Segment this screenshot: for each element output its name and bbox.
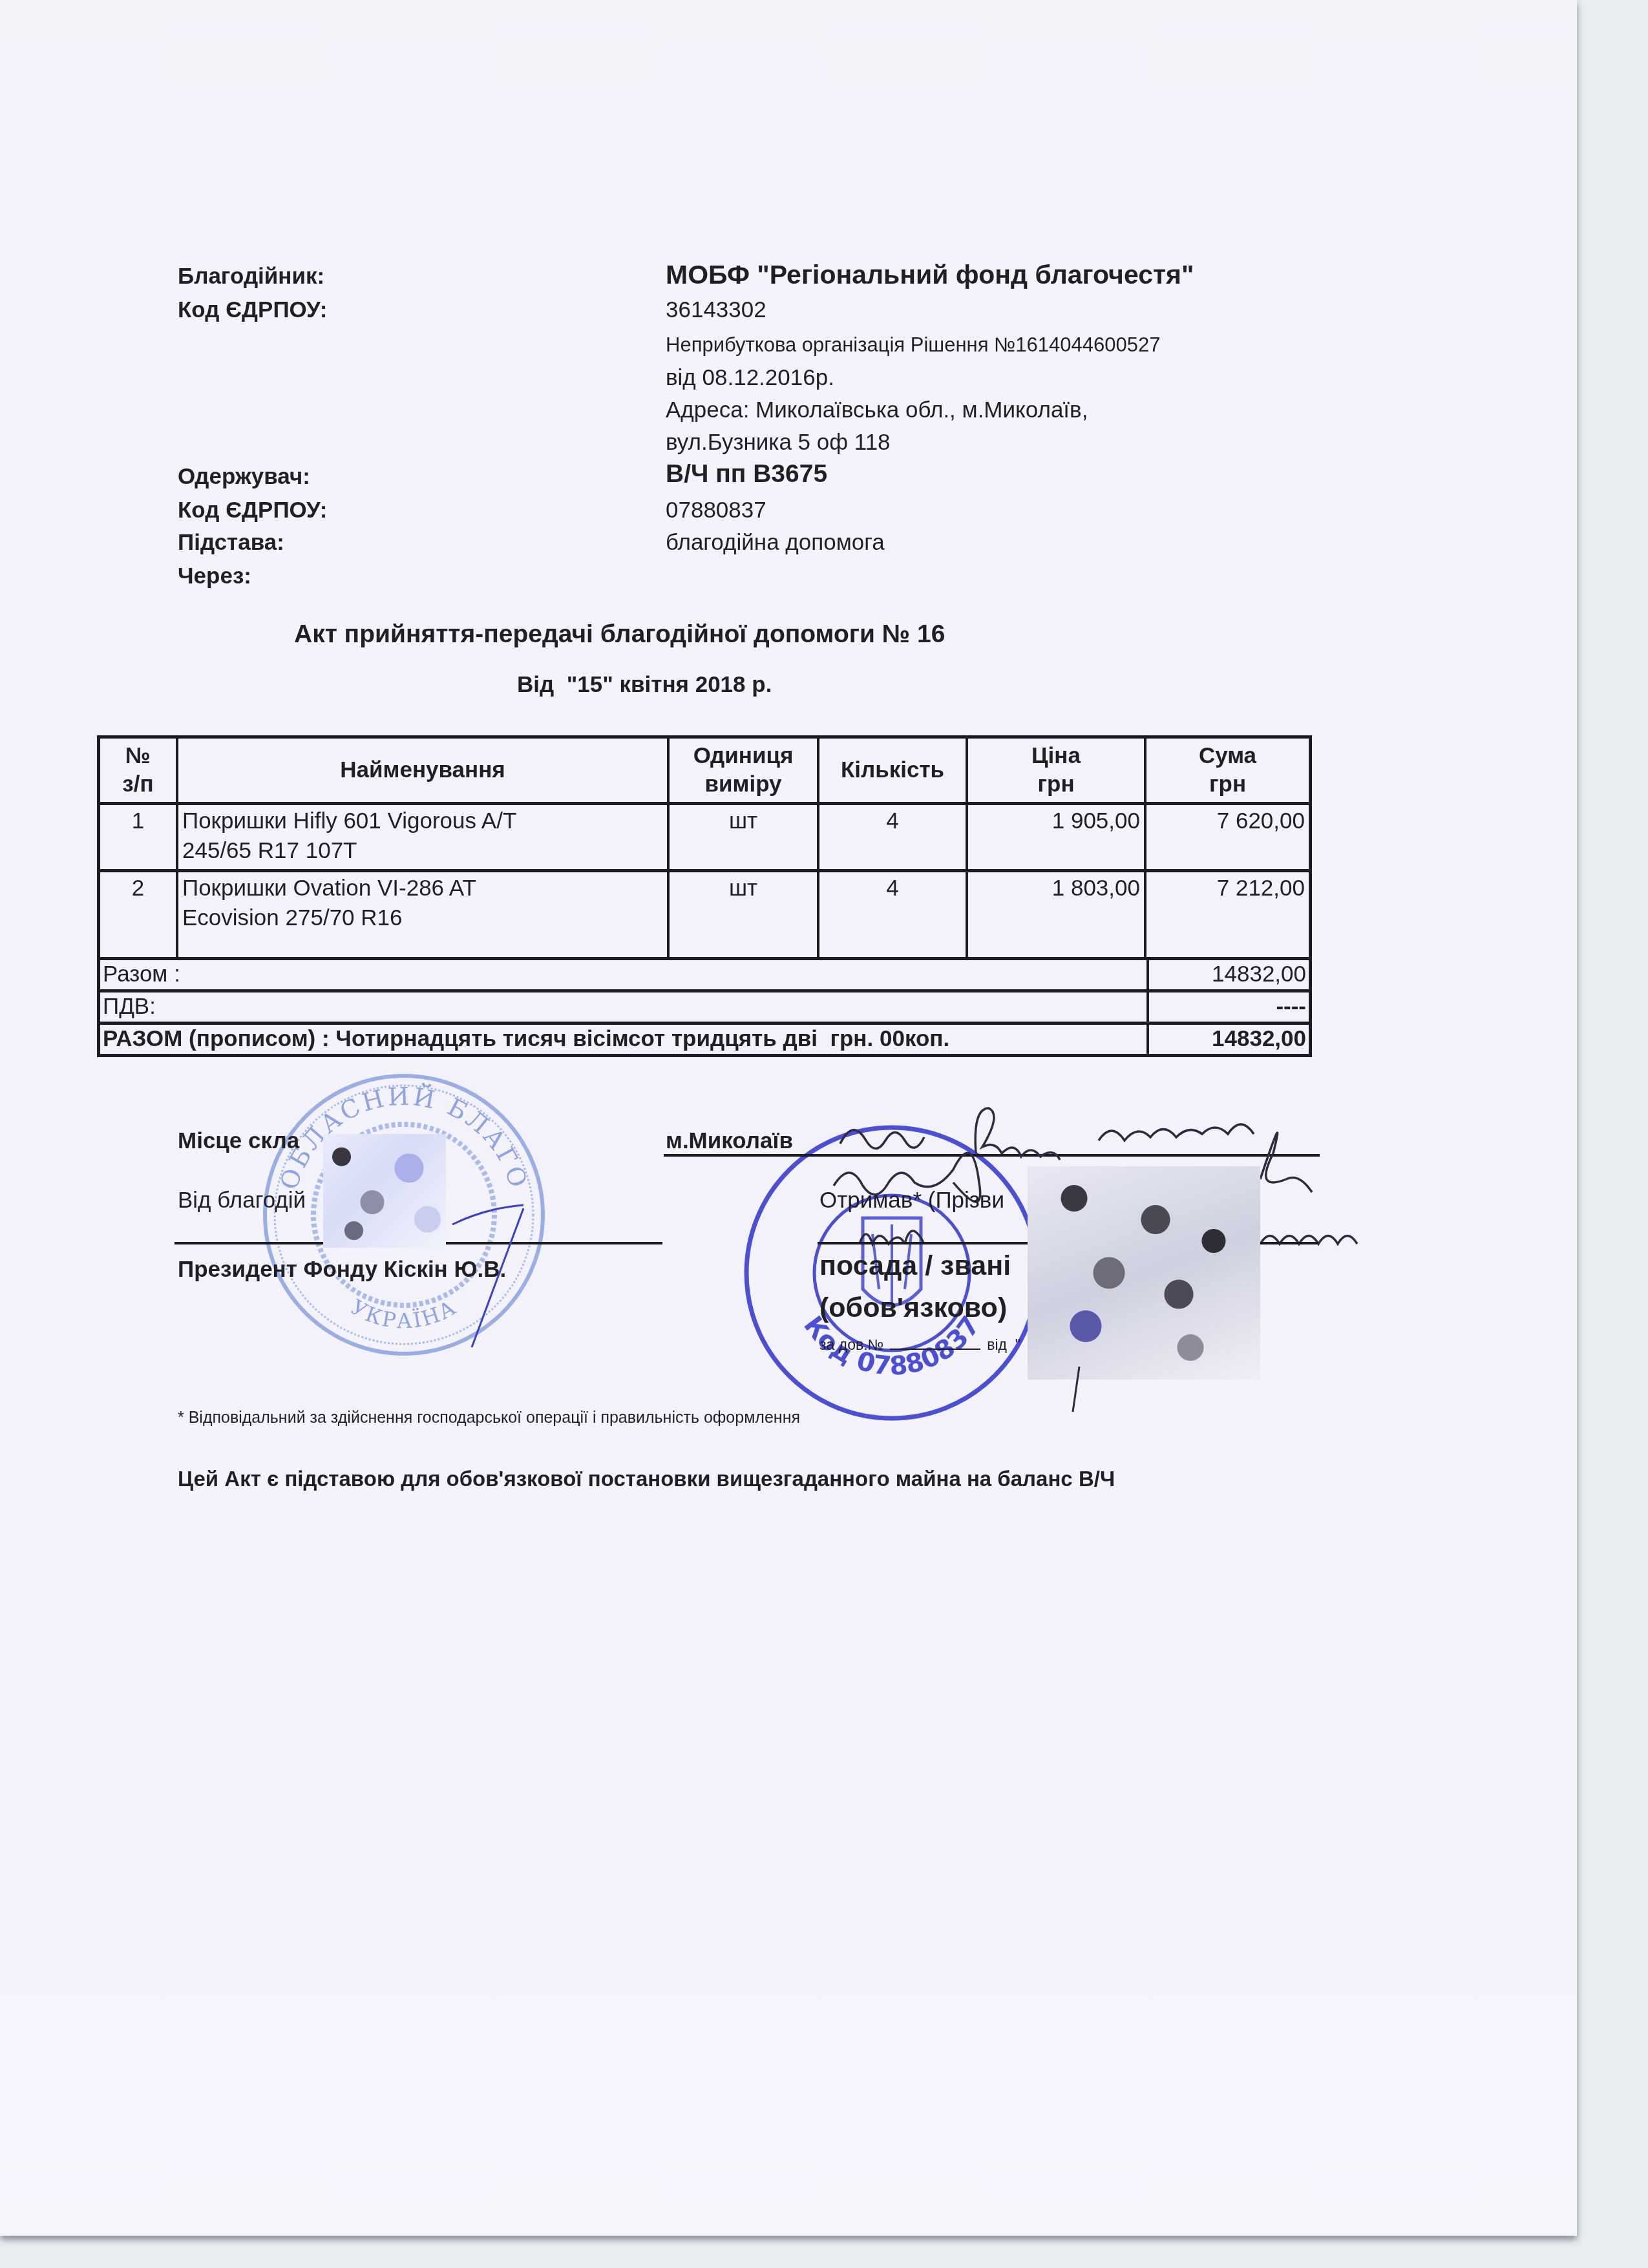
table-row: 1 Покришки Hifly 601 Vigorous A/T245/65 … [100,802,1309,869]
from-donor-label: Від благодій [178,1188,306,1213]
vat-row: ПДВ: ---- [100,989,1309,1022]
redacted-region [1028,1166,1260,1380]
row-quantity: 4 [817,805,966,869]
col-name: Найменування [176,739,667,802]
total-row: Разом : 14832,00 [100,957,1309,989]
recipient-label: Одержувач: [178,464,310,490]
row-number: 2 [100,872,176,957]
vat-value: ---- [1146,992,1309,1022]
responsibility-note: * Відповідальний за здійснення господарс… [178,1409,800,1427]
basis-value: благодійна допомога [666,530,885,556]
donor-address-line1: Адреса: Миколаївська обл., м.Миколаїв, [666,397,1088,423]
row-number: 1 [100,805,176,869]
donor-decision: Неприбуткова організація Рішення №161404… [666,333,1160,357]
total-words-row: РАЗОМ (прописом) : Чотирнадцять тисяч ві… [100,1022,1309,1054]
act-date: Від "15" квітня 2018 р. [517,672,772,698]
place-label: Місце скла [178,1128,299,1154]
row-price: 1 905,00 [966,805,1144,869]
svg-text:УКРАЇНА: УКРАЇНА [346,1294,461,1333]
recipient-name: В/Ч пп В3675 [666,460,827,488]
row-price: 1 803,00 [966,872,1144,957]
col-unit: Одиницявиміру [667,739,817,802]
mandatory-label: (обов'язково) [819,1292,1007,1324]
row-unit: шт [667,805,817,869]
row-name: Покришки Hifly 601 Vigorous A/T245/65 R1… [176,805,667,869]
items-table: №з/п Найменування Одиницявиміру Кількіст… [97,735,1312,1057]
total-label: Разом : [100,960,1146,989]
row-sum: 7 212,00 [1144,872,1309,957]
table-row: 2 Покришки Ovation VI-286 ATEcovision 27… [100,869,1309,957]
donor-code: 36143302 [666,297,766,323]
redacted-region [323,1134,446,1248]
table-header: №з/п Найменування Одиницявиміру Кількіст… [100,739,1309,802]
recipient-code-label: Код ЄДРПОУ: [178,498,327,523]
col-number: №з/п [100,739,176,802]
position-label: посада / звані [819,1250,1011,1282]
col-price: Цінагрн [966,739,1144,802]
signature-mark [1066,1363,1086,1415]
donor-label: Благодійник: [178,264,324,289]
total-words-value: 14832,00 [1146,1025,1309,1054]
row-unit: шт [667,872,817,957]
act-title: Акт прийняття-передачі благодійної допом… [294,620,945,649]
via-label: Через: [178,563,251,589]
total-value: 14832,00 [1146,960,1309,989]
vat-label: ПДВ: [100,992,1146,1022]
total-words-label: РАЗОМ (прописом) : Чотирнадцять тисяч ві… [100,1025,1146,1054]
document-page: Благодійник: МОБФ "Регіональний фонд бла… [0,0,1577,2236]
donor-decision-date: від 08.12.2016р. [666,365,834,391]
donor-signature [446,1195,640,1350]
donor-code-label: Код ЄДРПОУ: [178,297,327,323]
basis-label: Підстава: [178,530,284,556]
recipient-code: 07880837 [666,498,766,523]
col-quantity: Кількість [817,739,966,802]
row-quantity: 4 [817,872,966,957]
row-sum: 7 620,00 [1144,805,1309,869]
place-value: м.Миколаїв [666,1128,793,1154]
row-name: Покришки Ovation VI-286 ATEcovision 275/… [176,872,667,957]
received-label: Отримав* (Прізви [819,1188,1004,1213]
donor-name: МОБФ "Регіональний фонд благочестя" [666,260,1194,290]
power-of-attorney-label: за дов.№від " [819,1336,1020,1354]
donor-address-line2: вул.Бузника 5 оф 118 [666,430,891,456]
col-sum: Сумагрн [1144,739,1309,802]
act-statement: Цей Акт є підставою для обов'язкової пос… [178,1467,1115,1491]
